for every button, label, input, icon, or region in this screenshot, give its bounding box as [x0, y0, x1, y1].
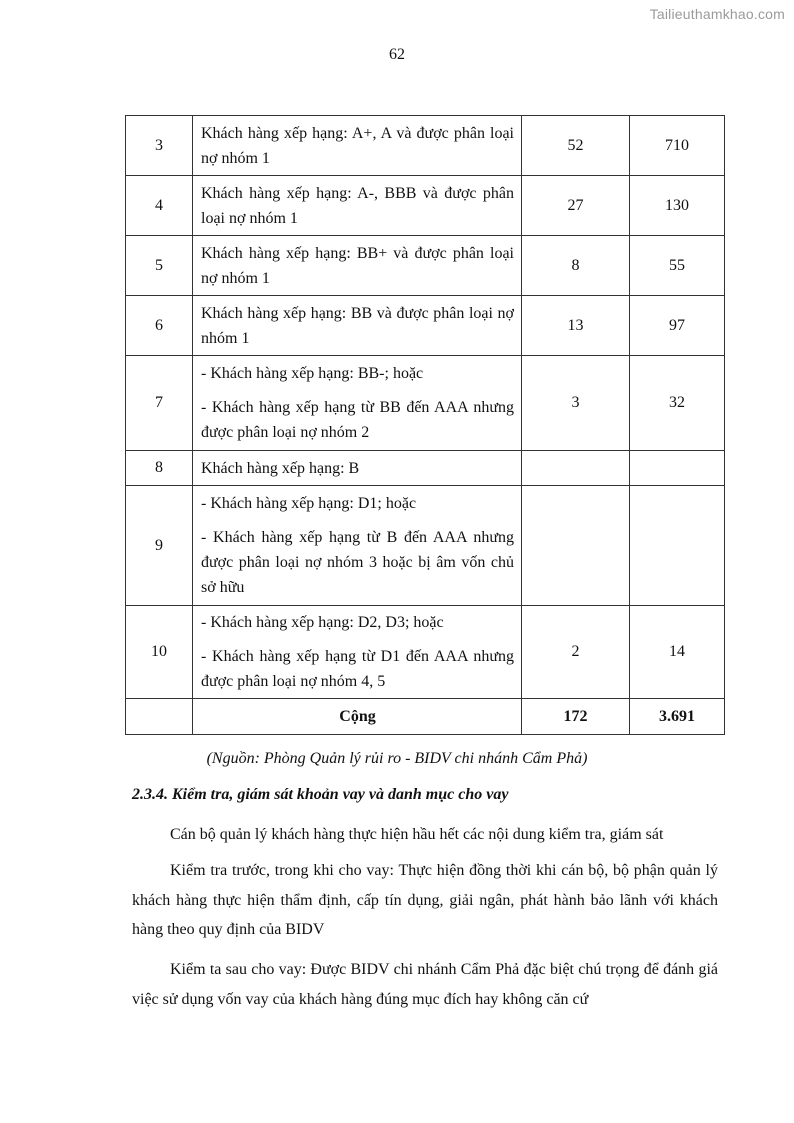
- description-line: - Khách hàng xếp hạng từ B đến AAA nhưng…: [201, 525, 514, 600]
- table-row: 4Khách hàng xếp hạng: A-, BBB và được ph…: [126, 176, 725, 236]
- description-line: - Khách hàng xếp hạng: BB-; hoặc: [201, 361, 514, 386]
- row-number: 8: [126, 451, 193, 486]
- table-row: 9- Khách hàng xếp hạng: D1; hoặc- Khách …: [126, 486, 725, 606]
- credit-rating-table: 3Khách hàng xếp hạng: A+, A và được phân…: [125, 115, 725, 735]
- description-line: Khách hàng xếp hạng: B: [201, 456, 514, 481]
- row-number: 3: [126, 116, 193, 176]
- section-heading: 2.3.4. Kiểm tra, giám sát khoản vay và d…: [132, 786, 508, 804]
- customer-count: 8: [522, 236, 630, 296]
- outstanding-value: 97: [630, 296, 725, 356]
- total-count: 172: [522, 699, 630, 735]
- description-line: Khách hàng xếp hạng: A+, A và được phân …: [201, 121, 514, 171]
- description-line: Khách hàng xếp hạng: A-, BBB và được phâ…: [201, 181, 514, 231]
- body-paragraph: Kiểm tra trước, trong khi cho vay: Thực …: [132, 856, 718, 945]
- outstanding-value: [630, 486, 725, 606]
- row-description: Khách hàng xếp hạng: A-, BBB và được phâ…: [193, 176, 522, 236]
- row-description: Khách hàng xếp hạng: BB và được phân loạ…: [193, 296, 522, 356]
- row-number: 10: [126, 606, 193, 699]
- total-value: 3.691: [630, 699, 725, 735]
- customer-count: 52: [522, 116, 630, 176]
- body-paragraph: Kiểm ta sau cho vay: Được BIDV chi nhánh…: [132, 955, 718, 1014]
- table-row: 7- Khách hàng xếp hạng: BB-; hoặc- Khách…: [126, 356, 725, 451]
- row-description: - Khách hàng xếp hạng: BB-; hoặc- Khách …: [193, 356, 522, 451]
- total-empty-cell: [126, 699, 193, 735]
- outstanding-value: 130: [630, 176, 725, 236]
- description-line: - Khách hàng xếp hạng từ D1 đến AAA nhưn…: [201, 644, 514, 694]
- description-line: - Khách hàng xếp hạng: D1; hoặc: [201, 491, 514, 516]
- outstanding-value: 710: [630, 116, 725, 176]
- total-label: Cộng: [193, 699, 522, 735]
- table-row: 3Khách hàng xếp hạng: A+, A và được phân…: [126, 116, 725, 176]
- description-line: - Khách hàng xếp hạng: D2, D3; hoặc: [201, 610, 514, 635]
- row-number: 5: [126, 236, 193, 296]
- table-row: 10- Khách hàng xếp hạng: D2, D3; hoặc- K…: [126, 606, 725, 699]
- total-row: Cộng1723.691: [126, 699, 725, 735]
- customer-count: [522, 486, 630, 606]
- row-description: Khách hàng xếp hạng: BB+ và được phân lo…: [193, 236, 522, 296]
- customer-count: 3: [522, 356, 630, 451]
- body-paragraph: Cán bộ quản lý khách hàng thực hiện hầu …: [132, 820, 718, 850]
- outstanding-value: [630, 451, 725, 486]
- row-description: Khách hàng xếp hạng: B: [193, 451, 522, 486]
- row-description: - Khách hàng xếp hạng: D2, D3; hoặc- Khá…: [193, 606, 522, 699]
- customer-count: 13: [522, 296, 630, 356]
- description-line: Khách hàng xếp hạng: BB và được phân loạ…: [201, 301, 514, 351]
- description-line: Khách hàng xếp hạng: BB+ và được phân lo…: [201, 241, 514, 291]
- row-number: 6: [126, 296, 193, 356]
- row-description: Khách hàng xếp hạng: A+, A và được phân …: [193, 116, 522, 176]
- outstanding-value: 14: [630, 606, 725, 699]
- page-number: 62: [0, 46, 794, 64]
- table-row: 8Khách hàng xếp hạng: B: [126, 451, 725, 486]
- customer-count: 2: [522, 606, 630, 699]
- table-row: 6Khách hàng xếp hạng: BB và được phân lo…: [126, 296, 725, 356]
- customer-count: [522, 451, 630, 486]
- outstanding-value: 55: [630, 236, 725, 296]
- row-number: 7: [126, 356, 193, 451]
- row-description: - Khách hàng xếp hạng: D1; hoặc- Khách h…: [193, 486, 522, 606]
- table-source-note: (Nguồn: Phòng Quản lý rủi ro - BIDV chi …: [0, 750, 794, 768]
- row-number: 9: [126, 486, 193, 606]
- watermark: Tailieuthamkhao.com: [650, 6, 785, 22]
- customer-count: 27: [522, 176, 630, 236]
- table-row: 5Khách hàng xếp hạng: BB+ và được phân l…: [126, 236, 725, 296]
- row-number: 4: [126, 176, 193, 236]
- outstanding-value: 32: [630, 356, 725, 451]
- description-line: - Khách hàng xếp hạng từ BB đến AAA nhưn…: [201, 395, 514, 445]
